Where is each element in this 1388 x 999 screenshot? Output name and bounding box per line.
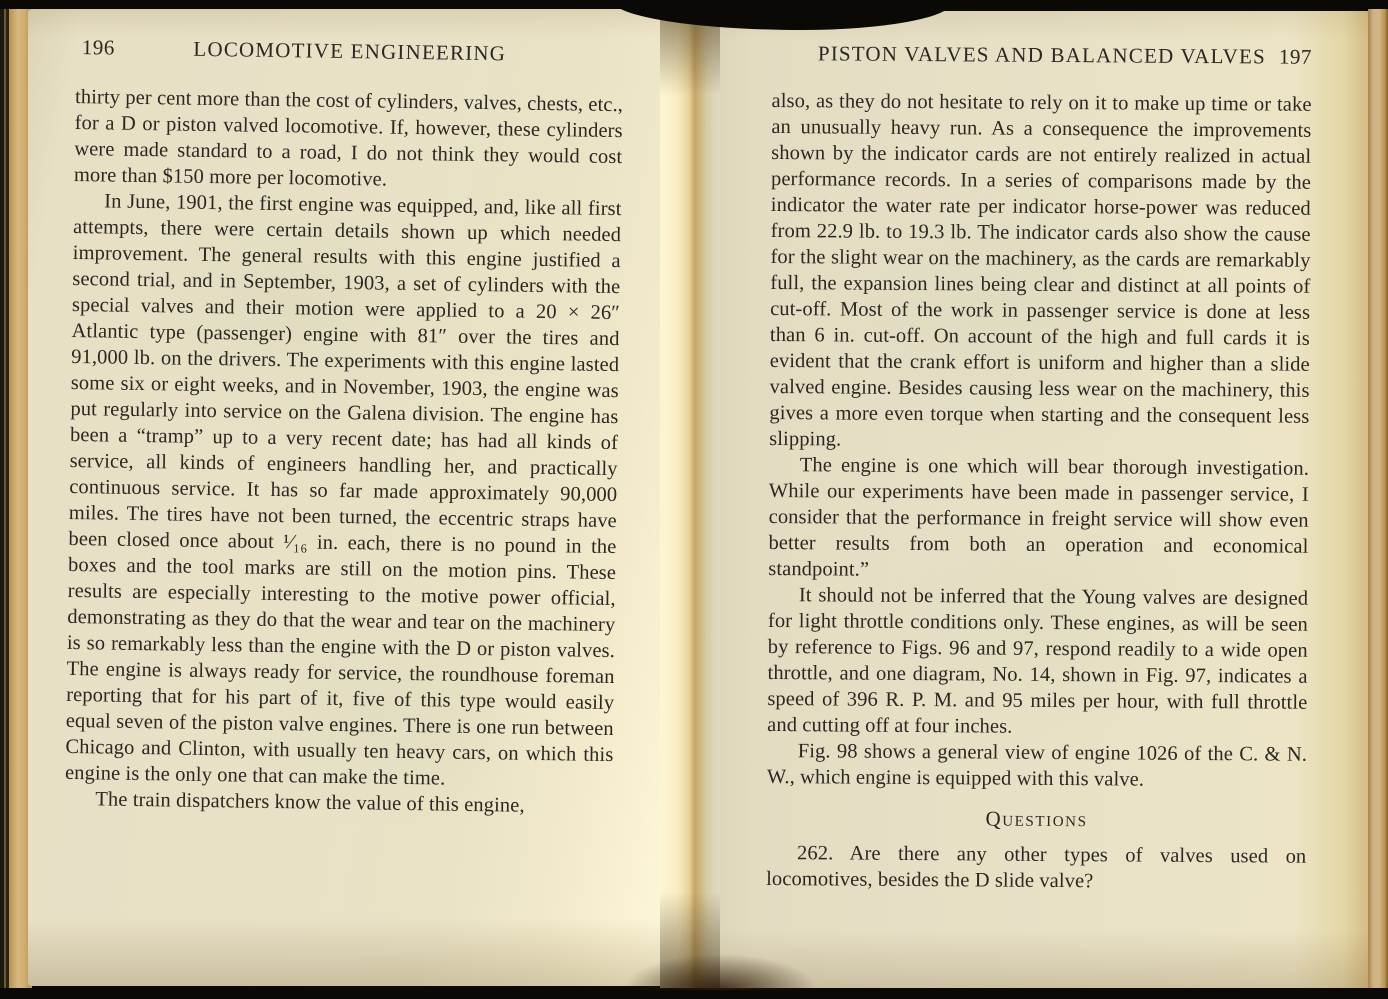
right-page-number: 197: [1279, 44, 1312, 70]
book-spread: 196 LOCOMOTIVE ENGINEERING thirty per ce…: [0, 0, 1388, 999]
paragraph: The engine is one which will bear thorou…: [768, 452, 1309, 586]
left-running-title: LOCOMOTIVE ENGINEERING: [193, 37, 506, 66]
right-page-text: PISTON VALVES AND BALANCED VALVES 197 al…: [766, 40, 1312, 896]
left-page-number: 196: [82, 34, 115, 60]
question-paragraph: 262. Are there any other types of valves…: [766, 840, 1306, 896]
paragraph: Fig. 98 shows a general view of engine 1…: [767, 738, 1307, 794]
paragraph: thirty per cent more than the cost of cy…: [74, 84, 623, 196]
binding-gutter: [660, 7, 720, 990]
paragraph: In June, 1901, the first engine was equi…: [65, 188, 622, 794]
left-page-text: 196 LOCOMOTIVE ENGINEERING thirty per ce…: [64, 34, 623, 820]
paragraph: It should not be inferred that the Young…: [767, 582, 1308, 742]
right-page-header: PISTON VALVES AND BALANCED VALVES 197: [772, 40, 1312, 70]
right-running-title: PISTON VALVES AND BALANCED VALVES: [818, 41, 1266, 68]
questions-section-heading: Questions: [766, 804, 1306, 834]
bottom-binding-shadow: [590, 918, 850, 990]
paragraph: also, as they do not hesitate to rely on…: [769, 88, 1312, 456]
right-page-edge-stack: [1368, 7, 1388, 992]
